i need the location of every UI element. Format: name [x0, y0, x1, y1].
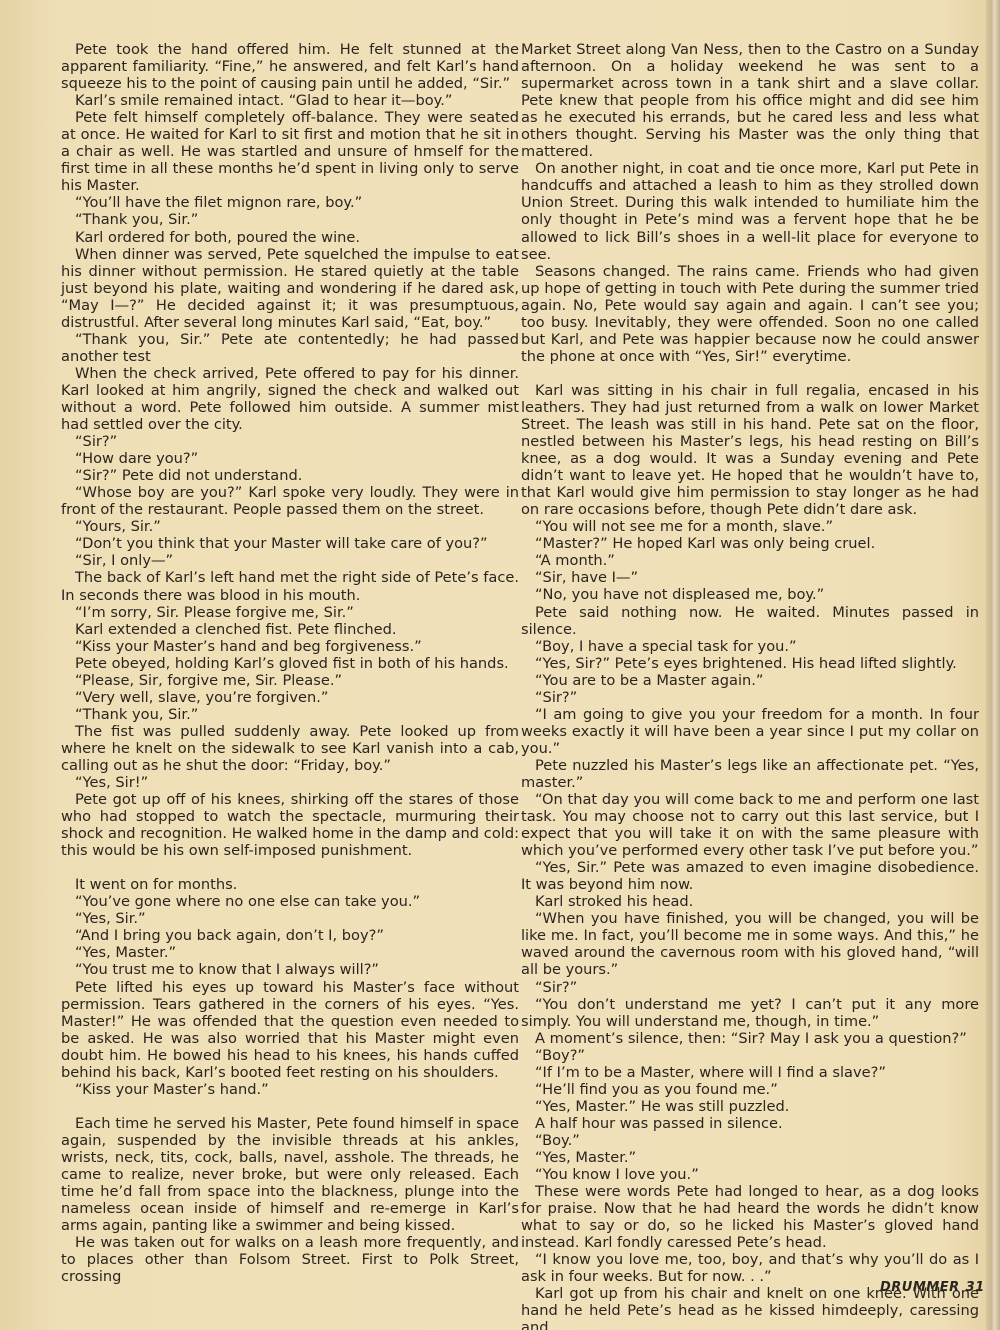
paragraph: “Yes, Master.”: [61, 944, 519, 961]
paragraph: “I’m sorry, Sir. Please forgive me, Sir.…: [61, 604, 519, 621]
paragraph: “Thank you, Sir.” Pete ate contentedly; …: [61, 331, 519, 365]
paragraph: “Sir, I only—”: [61, 552, 519, 569]
paragraph: He was taken out for walks on a leash mo…: [61, 1234, 519, 1285]
paragraph: It went on for months.: [61, 876, 519, 893]
paragraph: “A month.”: [521, 552, 979, 569]
paragraph: Pete nuzzled his Master’s legs like an a…: [521, 757, 979, 791]
paragraph: Pete took the hand offered him. He felt …: [61, 41, 519, 92]
paragraph: “You’ll have the filet mignon rare, boy.…: [61, 194, 519, 211]
paragraph: Pete felt himself completely off-balance…: [61, 109, 519, 194]
left-column: Pete took the hand offered him. He felt …: [61, 41, 519, 1285]
paragraph: “You will not see me for a month, slave.…: [521, 518, 979, 535]
paragraph: Karl ordered for both, poured the wine.: [61, 229, 519, 246]
paragraph: “You are to be a Master again.”: [521, 672, 979, 689]
paragraph: “Yes, Master.” He was still puzzled.: [521, 1098, 979, 1115]
paragraph: Pete said nothing now. He waited. Minute…: [521, 604, 979, 638]
paragraph: When dinner was served, Pete squelched t…: [61, 246, 519, 331]
paragraph: Market Street along Van Ness, then to th…: [521, 41, 979, 160]
paragraph: Pete obeyed, holding Karl’s gloved fist …: [61, 655, 519, 672]
paragraph: “Sir?” Pete did not understand.: [61, 467, 519, 484]
paragraph: “Sir?”: [61, 433, 519, 450]
page-number: 31: [966, 1280, 985, 1295]
paragraph: “Yours, Sir.”: [61, 518, 519, 535]
paragraph: “Boy?”: [521, 1047, 979, 1064]
paragraph: “Kiss your Master’s hand.”: [61, 1081, 519, 1098]
paragraph: A moment’s silence, then: “Sir? May I as…: [521, 1030, 979, 1047]
paragraph: “Thank you, Sir.”: [61, 706, 519, 723]
paragraph: The fist was pulled suddenly away. Pete …: [61, 723, 519, 774]
paragraph: “Sir?”: [521, 979, 979, 996]
paragraph: “And I bring you back again, don’t I, bo…: [61, 927, 519, 944]
paragraph: “How dare you?”: [61, 450, 519, 467]
paragraph: “You trust me to know that I always will…: [61, 961, 519, 978]
paragraph: The back of Karl’s left hand met the rig…: [61, 569, 519, 603]
page-footer: DRUMMER31: [880, 1280, 985, 1295]
paragraph: “Yes, Sir?” Pete’s eyes brightened. His …: [521, 655, 979, 672]
paragraph: “Don’t you think that your Master will t…: [61, 535, 519, 552]
paragraph: Pete lifted his eyes up toward his Maste…: [61, 979, 519, 1081]
paragraph: Karl’s smile remained intact. “Glad to h…: [61, 92, 519, 109]
paragraph: Karl stroked his head.: [521, 893, 979, 910]
paragraph: These were words Pete had longed to hear…: [521, 1183, 979, 1251]
paragraph: “Sir, have I—”: [521, 569, 979, 586]
right-column: Market Street along Van Ness, then to th…: [521, 41, 979, 1330]
paragraph: Karl extended a clenched fist. Pete flin…: [61, 621, 519, 638]
paragraph: “Thank you, Sir.”: [61, 211, 519, 228]
paragraph: Each time he served his Master, Pete fou…: [61, 1115, 519, 1234]
paragraph: “Boy.”: [521, 1132, 979, 1149]
paragraph: “You don’t understand me yet? I can’t pu…: [521, 996, 979, 1030]
paragraph: “Sir?”: [521, 689, 979, 706]
paragraph: “He’ll find you as you found me.”: [521, 1081, 979, 1098]
paragraph: “On that day you will come back to me an…: [521, 791, 979, 859]
paragraph: “I am going to give you your freedom for…: [521, 706, 979, 757]
paragraph: “Please, Sir, forgive me, Sir. Please.”: [61, 672, 519, 689]
paragraph: Karl was sitting in his chair in full re…: [521, 382, 979, 518]
paragraph: “No, you have not displeased me, boy.”: [521, 586, 979, 603]
paragraph: “Yes, Sir.” Pete was amazed to even imag…: [521, 859, 979, 893]
paragraph: “Master?” He hoped Karl was only being c…: [521, 535, 979, 552]
paragraph: “Yes, Sir!”: [61, 774, 519, 791]
paragraph: “Very well, slave, you’re forgiven.”: [61, 689, 519, 706]
page-edge: [986, 0, 1000, 1330]
paragraph: “Yes, Master.”: [521, 1149, 979, 1166]
paragraph: Seasons changed. The rains came. Friends…: [521, 263, 979, 365]
paragraph: “Kiss your Master’s hand and beg forgive…: [61, 638, 519, 655]
paragraph: “You know I love you.”: [521, 1166, 979, 1183]
paragraph: A half hour was passed in silence.: [521, 1115, 979, 1132]
paragraph: “If I’m to be a Master, where will I fin…: [521, 1064, 979, 1081]
magazine-name: DRUMMER: [880, 1280, 960, 1295]
paragraph: On another night, in coat and tie once m…: [521, 160, 979, 262]
paragraph: “You’ve gone where no one else can take …: [61, 893, 519, 910]
paragraph: “Whose boy are you?” Karl spoke very lou…: [61, 484, 519, 518]
paragraph: Pete got up off of his knees, shirking o…: [61, 791, 519, 859]
paragraph: “When you have finished, you will be cha…: [521, 910, 979, 978]
paragraph: When the check arrived, Pete offered to …: [61, 365, 519, 433]
paragraph: “Yes, Sir.”: [61, 910, 519, 927]
paragraph: “Boy, I have a special task for you.”: [521, 638, 979, 655]
